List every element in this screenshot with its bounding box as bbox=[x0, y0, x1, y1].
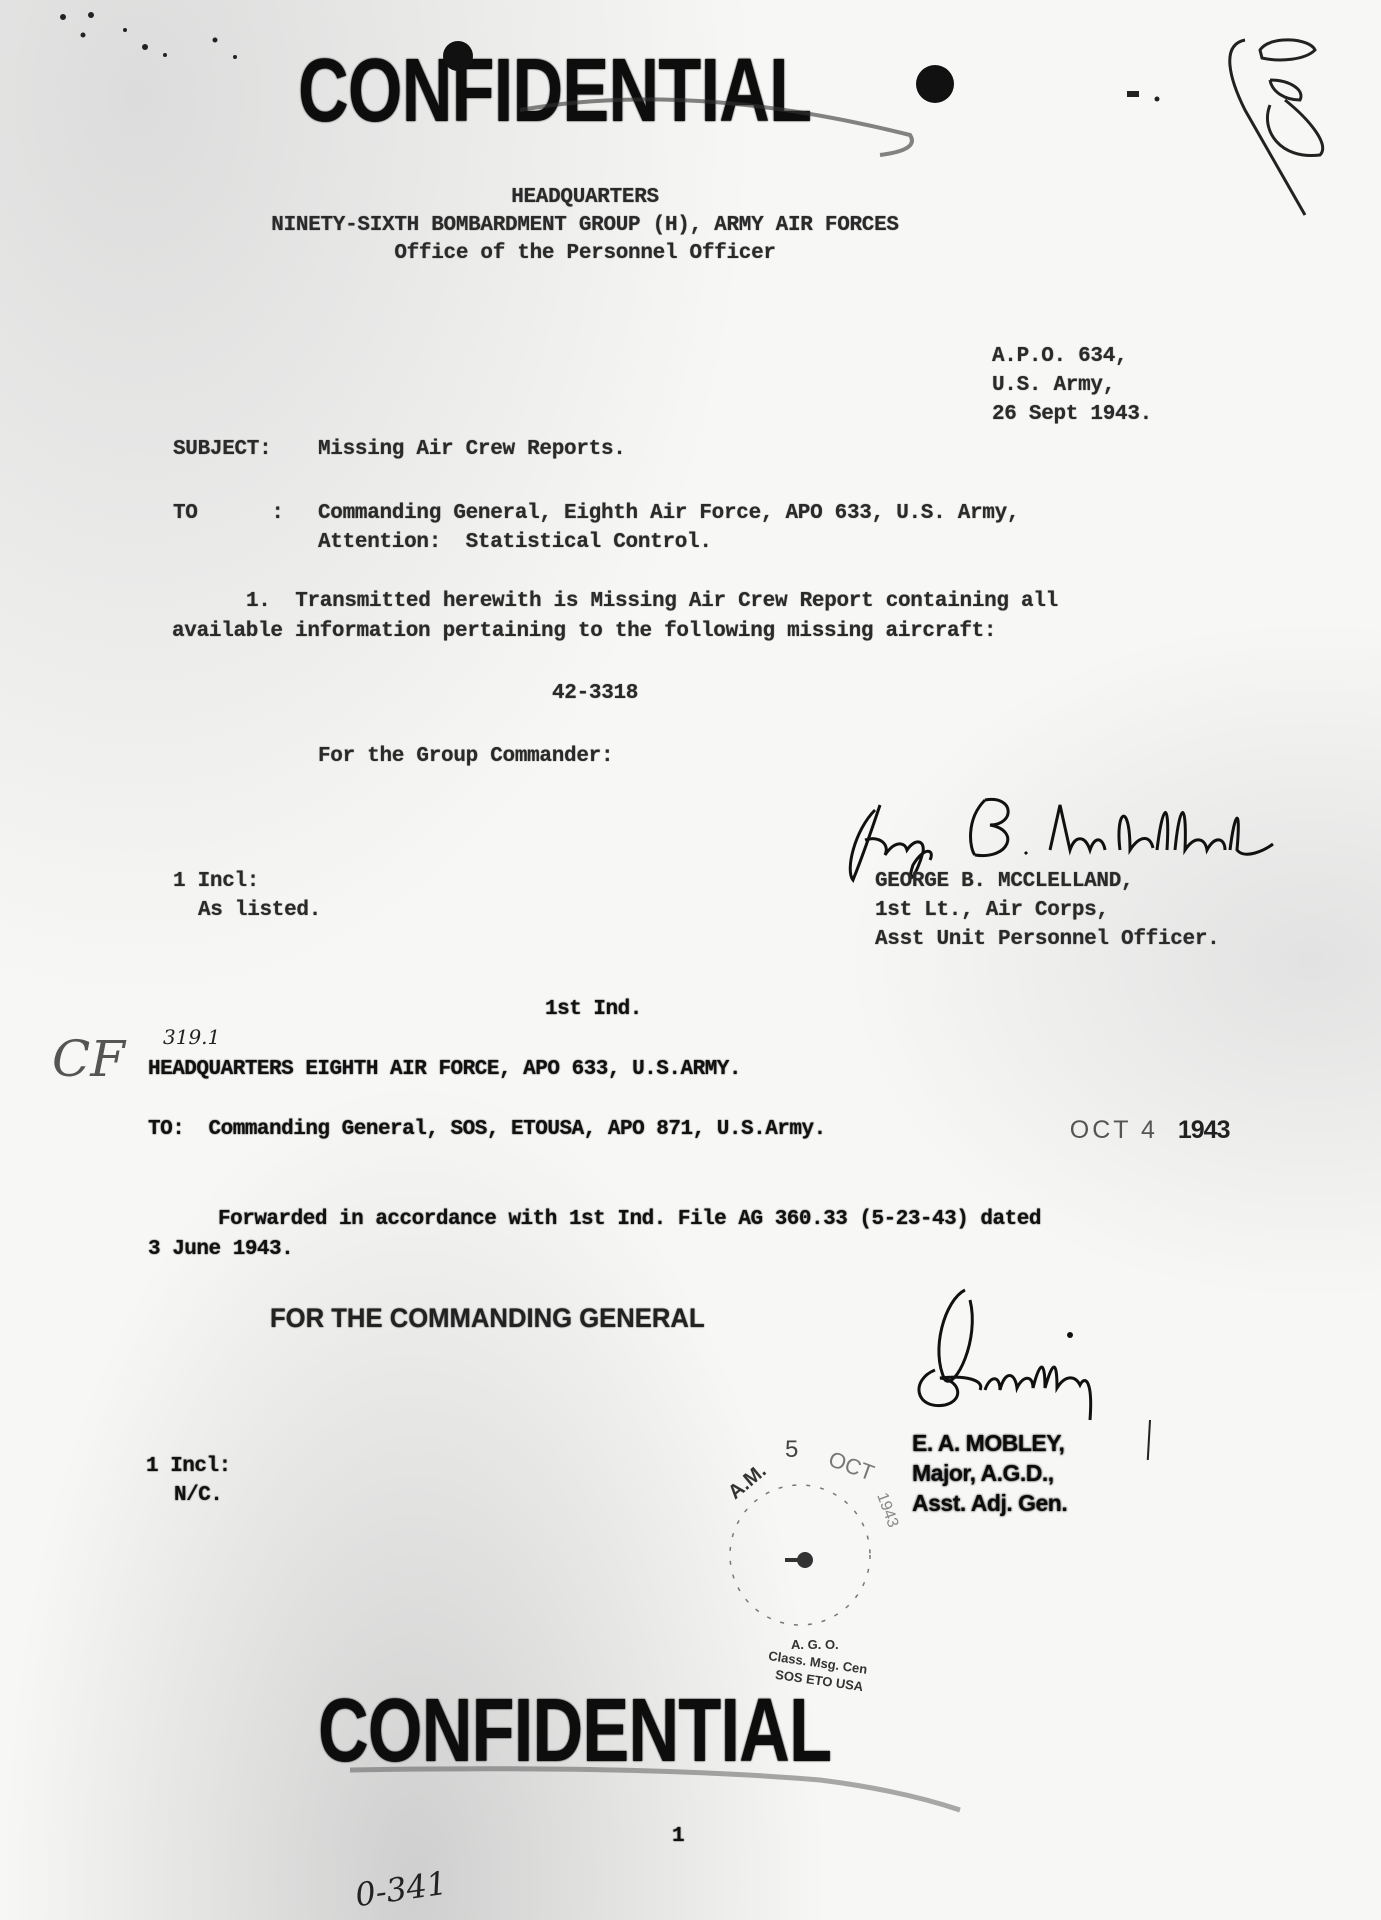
received-stamp-year: 1943 bbox=[1178, 1116, 1230, 1144]
signer-2-rank: Major, A.G.D., bbox=[912, 1458, 1054, 1488]
handwritten-bottom-note: 0-341 bbox=[353, 1864, 450, 1914]
signer-1-title: Asst Unit Personnel Officer. bbox=[875, 928, 1219, 951]
indorsement-heading: 1st Ind. bbox=[545, 998, 642, 1021]
address-apo: A.P.O. 634, bbox=[992, 345, 1127, 368]
to-label: TO : bbox=[173, 502, 284, 525]
receipt-stamp-year: 1943 bbox=[873, 1491, 901, 1530]
for-commanding-general: FOR THE COMMANDING GENERAL bbox=[270, 1303, 705, 1334]
header-line-headquarters: HEADQUARTERS bbox=[0, 186, 1170, 209]
indorsement-from: HEADQUARTERS EIGHTH AIR FORCE, APO 633, … bbox=[148, 1058, 741, 1081]
stamp-smudge-icon bbox=[340, 1760, 980, 1820]
header-line-office: Office of the Personnel Officer bbox=[0, 242, 1170, 265]
receipt-stamp-ring-icon: A.M. 5 OCT 1943 bbox=[705, 1425, 905, 1635]
inclosure-2-desc: N/C. bbox=[174, 1484, 222, 1507]
indorsement-body-line-2: 3 June 1943. bbox=[148, 1238, 293, 1261]
handwritten-file-number: 319.1 bbox=[163, 1025, 220, 1049]
receipt-stamp-time: A.M. bbox=[724, 1460, 770, 1504]
signer-2-name: E. A. MOBLEY, bbox=[912, 1428, 1064, 1458]
address-army: U.S. Army, bbox=[992, 374, 1115, 397]
indorsement-to: TO: Commanding General, SOS, ETOUSA, APO… bbox=[148, 1118, 826, 1141]
paragraph-1-line-2: available information pertaining to the … bbox=[172, 620, 996, 643]
received-date-stamp: OCT 4 1943 bbox=[1030, 1087, 1230, 1174]
signer-2-title: Asst. Adj. Gen. bbox=[912, 1488, 1067, 1518]
handwritten-cf-note: CF bbox=[52, 1030, 125, 1088]
signer-1-rank: 1st Lt., Air Corps, bbox=[875, 899, 1109, 922]
receipt-stamp-line-1: A. G. O. bbox=[791, 1637, 839, 1652]
for-group-commander: For the Group Commander: bbox=[318, 745, 613, 768]
to-addressee: Commanding General, Eighth Air Force, AP… bbox=[318, 502, 1019, 525]
receipt-stamp-day: 5 bbox=[785, 1436, 798, 1463]
aircraft-serial: 42-3318 bbox=[552, 682, 638, 705]
letter-date: 26 Sept 1943. bbox=[992, 403, 1152, 426]
ink-mark-icon bbox=[1125, 85, 1165, 115]
subject-label: SUBJECT: bbox=[173, 438, 271, 461]
document-page: CONFIDENTIAL HEADQUARTERS NINETY-SIXTH B… bbox=[0, 0, 1381, 1920]
subject-value: Missing Air Crew Reports. bbox=[318, 438, 626, 461]
received-stamp-month-day: OCT 4 bbox=[1070, 1116, 1158, 1144]
inclosure-1-desc: As listed. bbox=[198, 899, 321, 922]
inclosure-1-count: 1 Incl: bbox=[173, 870, 259, 893]
receipt-stamp: A.M. 5 OCT 1943 A. G. O. Class. Msg. Cen… bbox=[705, 1425, 905, 1685]
inclosure-2-count: 1 Incl: bbox=[146, 1455, 231, 1478]
to-attention: Attention: Statistical Control. bbox=[318, 531, 712, 554]
corner-initials-icon bbox=[1200, 20, 1350, 220]
header-line-unit: NINETY-SIXTH BOMBARDMENT GROUP (H), ARMY… bbox=[0, 214, 1170, 237]
stamp-ink-blots-icon bbox=[440, 40, 980, 160]
signer-1-name: GEORGE B. MCCLELLAND, bbox=[875, 870, 1133, 893]
page-number: 1 bbox=[672, 1825, 684, 1848]
ink-specks-icon bbox=[55, 5, 255, 75]
indorsement-body-line-1: Forwarded in accordance with 1st Ind. Fi… bbox=[218, 1208, 1041, 1231]
receipt-stamp-month: OCT bbox=[825, 1446, 877, 1485]
paragraph-1-line-1: 1. Transmitted herewith is Missing Air C… bbox=[246, 590, 1058, 613]
